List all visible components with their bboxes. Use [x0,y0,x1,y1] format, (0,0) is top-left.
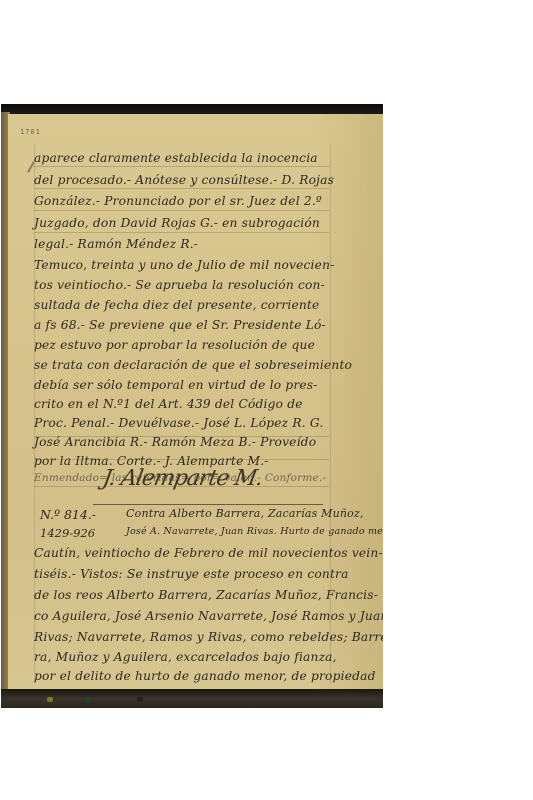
text-line: Proc. Penal.- Devuélvase.- José L. López… [34,416,334,430]
text-line: ra, Muñoz y Aguilera, excarcelados bajo … [34,650,334,664]
case-header-line: José A. Navarrete, Juan Rivas. Hurto de … [126,526,383,537]
text-line: Cautín, veintiocho de Febrero de mil nov… [34,546,334,560]
text-line: sultada de fecha diez del presente, corr… [34,298,334,312]
case-reference: 1429-926 [40,526,95,540]
text-line: Temuco, treinta y uno de Julio de mil no… [34,258,334,272]
text-line: Rivas; Navarrete, Ramos y Rivas, como re… [34,630,334,644]
text-line: González.- Pronunciado por el sr. Juez d… [34,194,334,208]
text-line: debía ser sólo temporal en virtud de lo … [34,378,334,392]
handwritten-signature: J. Alemparte M. [101,466,264,491]
text-line: crito en el N.º1 del Art. 439 del Código… [34,397,334,411]
text-line: tos veintiocho.- Se aprueba la resolució… [34,278,334,292]
text-line: por el delito de hurto de ganado menor, … [34,669,334,683]
text-line: José Arancibia R.- Ramón Meza B.- Proveí… [34,435,334,449]
text-line: tiséis.- Vistos: Se instruye este proces… [34,567,334,581]
folio-stamp: 1701 [20,128,41,136]
ledger-page: 1701 aparece claramente establecida la i… [8,114,383,692]
text-line: aparece claramente establecida la inocen… [34,151,334,165]
text-line: co Aguilera, José Arsenio Navarrete, Jos… [34,609,334,623]
text-line: pez estuvo por aprobar la resolución de … [34,338,334,352]
document-photo: 1701 aparece claramente establecida la i… [1,104,383,708]
signature-rule [93,504,323,505]
table-surface [1,689,383,708]
text-line: se trata con declaración de que el sobre… [34,358,334,372]
case-header-line: Contra Alberto Barrera, Zacarías Muñoz, [126,507,383,520]
text-line: Juzgado, don David Rojas G.- en subrogac… [34,216,334,230]
text-line: a fs 68.- Se previene que el Sr. Preside… [34,318,334,332]
text-line: del procesado.- Anótese y consúltese.- D… [34,173,334,187]
case-number: N.º 814.- [40,507,96,522]
text-line: legal.- Ramón Méndez R.- [34,237,334,251]
text-line: de los reos Alberto Barrera, Zacarías Mu… [34,588,334,602]
